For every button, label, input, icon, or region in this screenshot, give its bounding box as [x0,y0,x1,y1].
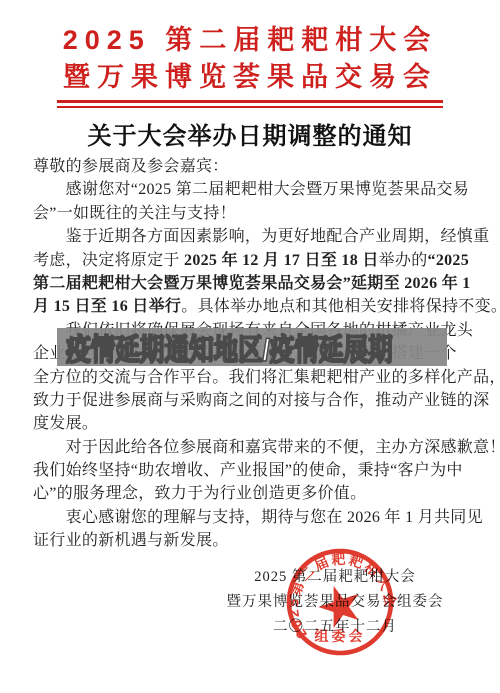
stamp-bottom-text: 组委会 [315,628,366,644]
notice-line: 尊敬的参展商及参会嘉宾： [33,155,495,178]
notice-line: 鉴于近期各方面因素影响，为更好地配合产业周期，经慎重 [33,225,495,248]
notice-line: 第二届耙耙柑大会暨万果博览荟果品交易会”延期至 2026 年 1 [33,272,495,295]
notice-line: 我们始终坚持“助农增收、产业报国”的使命，秉持“客户为中 [33,459,495,482]
notice-line: 致力于促进参展商与采购商之间的对接与合作，推动产业链的深 [33,389,495,412]
notice-document: 2025 第二届耙耙柑大会 暨万果博览荟果品交易会 关于大会举办日期调整的通知 … [0,0,500,693]
notice-line: 全方位的交流与合作平台。我们将汇集耙耙柑产业的多样化产品， [33,366,495,389]
event-title-line2: 暨万果博览荟果品交易会 [0,59,500,96]
event-title-header: 2025 第二届耙耙柑大会 暨万果博览荟果品交易会 [0,22,500,96]
notice-title: 关于大会举办日期调整的通知 [0,116,500,151]
event-title-line1: 2025 第二届耙耙柑大会 [0,22,500,59]
official-stamp: 2025第二届耙耙柑大会 ★ 组委会 [283,545,397,659]
notice-line: 对于因此给各位参展商和嘉宾带来的不便，主办方深感歉意！ [33,436,495,459]
notice-line: 会”一如既往的关注与支持！ [33,202,495,225]
notice-line: 心”的服务理念，致力于为行业创造更多价值。 [33,482,495,505]
notice-line: 月 15 日至 16 日举行。具体举办地点和其他相关安排将保持不变。 [33,295,495,318]
watermark-banner: 疫情延期通知地区/疫情延展期 [57,328,447,366]
notice-line: 感谢您对“2025 第二届耙耙柑大会暨万果博览荟果品交易 [33,178,495,201]
watermark-text: 疫情延期通知地区/疫情延展期 [66,325,393,369]
notice-line: 证行业的新机遇与新发展。 [33,529,495,552]
header-double-rule [57,100,443,108]
notice-line: 衷心感谢您的理解与支持，期待与您在 2026 年 1 月共同见 [33,506,495,529]
notice-line: 考虑，决定将原定于 2025 年 12 月 17 日至 18 日举办的“2025 [33,249,495,272]
notice-line: 度发展。 [33,412,495,435]
